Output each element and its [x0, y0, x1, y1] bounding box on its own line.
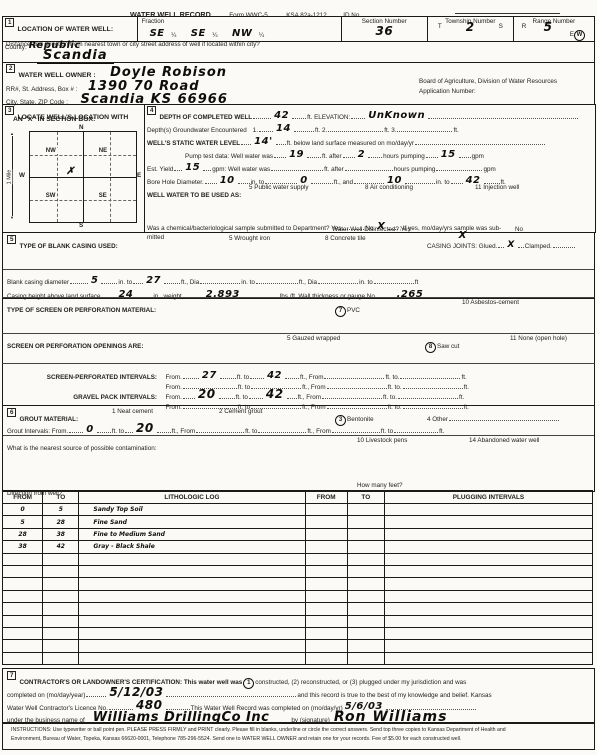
litho-from-cell: 38	[3, 541, 43, 553]
section-location: 1LOCATION OF WATER WELL: County:Republic…	[2, 16, 595, 42]
grout-interval-from: 0	[86, 424, 93, 435]
fraction-2-value: SE	[191, 28, 206, 39]
plug-interval-cell	[384, 603, 592, 615]
litho-to-cell	[43, 627, 79, 639]
plug-interval-cell	[384, 578, 592, 590]
grout-option-cement: 2 Cement grout	[219, 408, 262, 415]
section-2-number: 2	[6, 64, 15, 73]
litho-from-cell	[3, 553, 43, 565]
township-cell: Township Number T 2 S	[428, 17, 514, 41]
township-s-label: S	[499, 23, 503, 37]
casing-joints-glued-x: X	[507, 240, 514, 250]
plug-to-cell	[347, 541, 384, 553]
litho-row	[3, 627, 593, 639]
use-title: WELL WATER TO BE USED AS:	[147, 192, 241, 199]
opening-gauzed: 5 Gauzed wrapped	[287, 335, 340, 342]
location-title: LOCATION OF WATER WELL:	[17, 26, 113, 33]
fraction-1-value: SE	[150, 28, 165, 39]
plug-header-from: FROM	[305, 491, 347, 504]
plug-from-cell	[305, 578, 347, 590]
litho-to-cell: 42	[43, 541, 79, 553]
section-box-dash-v2	[110, 132, 111, 222]
plug-to-cell	[347, 504, 384, 516]
use-option-8: 8 Air conditioning	[365, 184, 413, 191]
plug-header-to: TO	[347, 491, 384, 504]
contamination-title: What is the nearest source of possible c…	[7, 445, 156, 452]
litho-to-cell	[43, 590, 79, 602]
litho-row	[3, 590, 593, 602]
plug-interval-cell	[384, 528, 592, 540]
litho-to-cell	[43, 565, 79, 577]
locate-title-2: AN "X" IN SECTION BOX:	[13, 116, 95, 123]
section-box-hmid	[30, 177, 136, 178]
section-locate: 3LOCATE WELL'S LOCATION WITH AN "X" IN S…	[2, 104, 145, 233]
plug-interval-cell	[384, 652, 592, 664]
screen-material-title: TYPE OF SCREEN OR PERFORATION MATERIAL:	[7, 307, 156, 314]
fraction-3-value: NW	[232, 28, 252, 39]
board-label: Board of Agriculture, Division of Water …	[419, 78, 557, 85]
litho-log-cell	[79, 640, 305, 652]
plug-from-cell	[305, 615, 347, 627]
plug-interval-cell	[384, 615, 592, 627]
section-well-depth: 4DEPTH OF COMPLETED WELL42ft. ELEVATION:…	[143, 104, 596, 233]
litho-from-cell	[3, 590, 43, 602]
screen-option-asbestos: 10 Asbestos-cement	[462, 299, 519, 306]
litho-header-to: TO	[43, 491, 79, 504]
litho-to-cell: 38	[43, 528, 79, 540]
lithologic-table: FROM TO LITHOLOGIC LOG FROM TO PLUGGING …	[2, 490, 593, 665]
distance-row: Distance and direction from nearest town…	[2, 40, 595, 63]
grout-divider	[3, 435, 594, 436]
litho-row: 2838Fine to Medium Sand	[3, 528, 593, 540]
section-1-number: 1	[5, 18, 14, 27]
casing-option-concrete-tile: 8 Concrete tile	[325, 235, 366, 242]
instructions-line-1: INSTRUCTIONS: Use typewriter or ball poi…	[11, 727, 590, 733]
instructions-footer: INSTRUCTIONS: Use typewriter or ball poi…	[2, 722, 595, 750]
plug-header-label: PLUGGING INTERVALS	[384, 491, 592, 504]
section-box-dash-h2	[30, 200, 136, 201]
quarter-symbol-3: ¼	[259, 32, 264, 39]
screen-option-pvc: PVC	[347, 307, 360, 314]
litho-to-cell	[43, 615, 79, 627]
plug-from-cell	[305, 528, 347, 540]
plug-to-cell	[347, 528, 384, 540]
how-many-feet-label: How many feet?	[357, 482, 403, 489]
grout-ftto-label: ft. to	[112, 428, 124, 435]
instructions-line-2: Environment, Bureau of Water, Topeka, Ka…	[11, 736, 590, 742]
contam-abandoned: 14 Abandoned water well	[469, 437, 539, 444]
litho-from-cell: 28	[3, 528, 43, 540]
plug-from-cell	[305, 590, 347, 602]
plug-from-cell	[305, 553, 347, 565]
section-casing: 5TYPE OF BLANK CASING USED: 5 Wrought ir…	[2, 232, 595, 299]
litho-from-cell	[3, 652, 43, 664]
litho-from-cell	[3, 565, 43, 577]
grout-ftto-3: ft. to	[381, 428, 393, 435]
plug-to-cell	[347, 578, 384, 590]
plug-from-cell	[305, 603, 347, 615]
plug-from-cell	[305, 541, 347, 553]
plug-from-cell	[305, 627, 347, 639]
litho-row	[3, 652, 593, 664]
plug-from-cell	[305, 504, 347, 516]
litho-row	[3, 578, 593, 590]
opening-sawcut-circled: 8	[425, 342, 436, 353]
one-mile-scale: ▲ ▼ 1 Mile	[10, 132, 14, 222]
contam-livestock: 10 Livestock pens	[357, 437, 407, 444]
section-certification: 7CONTRACTOR'S OR LANDOWNER'S CERTIFICATI…	[2, 668, 595, 724]
litho-log-cell: Gray - Black Shale	[79, 541, 305, 553]
grout-ftto-2: ft. to	[245, 428, 257, 435]
grout-interval-to: 20	[136, 421, 154, 435]
grout-intervals-label: Grout Intervals: From.	[7, 428, 68, 435]
litho-to-cell: 28	[43, 516, 79, 528]
litho-row	[3, 615, 593, 627]
openings-title: SCREEN OR PERFORATION OPENINGS ARE:	[7, 343, 143, 350]
litho-to-cell	[43, 578, 79, 590]
section-4-number: 4	[147, 106, 156, 115]
well-x-mark: ✗	[66, 166, 74, 177]
use-option-11: 11 Injection well	[475, 184, 519, 191]
location-title-cell: 1LOCATION OF WATER WELL: County:Republic	[3, 17, 138, 41]
plug-interval-cell	[384, 504, 592, 516]
township-t-label: T	[438, 23, 442, 37]
litho-log-cell	[79, 565, 305, 577]
section-box-dash-h1	[30, 155, 136, 156]
litho-from-cell	[3, 640, 43, 652]
litho-to-cell	[43, 553, 79, 565]
litho-to-cell	[43, 652, 79, 664]
application-number-label: Application Number:	[419, 88, 476, 95]
fraction-cell: Fraction SE ¼ SE ¼ NW ¼	[138, 17, 342, 41]
litho-log-cell: Fine to Medium Sand	[79, 528, 305, 540]
screen-pvc-circled: 7	[335, 306, 346, 317]
litho-row	[3, 640, 593, 652]
litho-header-from: FROM	[3, 491, 43, 504]
section-grout: 6GROUT MATERIAL: 1 Neat cement 2 Cement …	[2, 405, 595, 492]
plug-interval-cell	[384, 541, 592, 553]
section-5-number: 5	[7, 235, 16, 244]
section-box-dash-v1	[57, 132, 58, 222]
section-number-cell: Section Number 36	[342, 17, 428, 41]
grout-ftfrom-1: ft., From	[172, 428, 195, 435]
plug-to-cell	[347, 590, 384, 602]
litho-from-cell	[3, 615, 43, 627]
plug-interval-cell	[384, 640, 592, 652]
id-blank-line	[455, 13, 560, 14]
plug-from-cell	[305, 565, 347, 577]
grout-ft-end: ft.	[439, 428, 444, 435]
litho-row	[3, 603, 593, 615]
grout-ftfrom-2: ft., From	[307, 428, 330, 435]
plug-to-cell	[347, 640, 384, 652]
lithologic-table-wrap: FROM TO LITHOLOGIC LOG FROM TO PLUGGING …	[2, 490, 593, 665]
section-owner: 2WATER WELL OWNER : Doyle Robison RR#, S…	[2, 62, 595, 105]
plug-interval-cell	[384, 553, 592, 565]
litho-from-cell	[3, 603, 43, 615]
plug-to-cell	[347, 615, 384, 627]
plug-interval-cell	[384, 516, 592, 528]
casing-joints-glued-label: CASING JOINTS: Glued.	[427, 243, 497, 250]
litho-log-cell	[79, 553, 305, 565]
section-3-number: 3	[5, 106, 14, 115]
range-r-label: R	[522, 23, 527, 41]
range-value: 5	[544, 20, 553, 38]
plug-to-cell	[347, 516, 384, 528]
plug-to-cell	[347, 603, 384, 615]
one-mile-label: 1 Mile	[6, 170, 12, 185]
plug-interval-cell	[384, 627, 592, 639]
litho-from-cell	[3, 578, 43, 590]
compass-west-label: W	[19, 172, 25, 179]
casing-joints-clamped-label: Clamped.	[525, 243, 552, 250]
litho-from-cell: 0	[3, 504, 43, 516]
litho-row: 05Sandy Top Soil	[3, 504, 593, 516]
litho-log-cell	[79, 615, 305, 627]
opening-none: 11 None (open hole)	[510, 335, 567, 342]
plug-to-cell	[347, 565, 384, 577]
arrow-up-icon: ▲	[10, 132, 14, 136]
plug-from-cell	[305, 516, 347, 528]
litho-to-cell	[43, 640, 79, 652]
litho-header-row: FROM TO LITHOLOGIC LOG FROM TO PLUGGING …	[3, 491, 593, 504]
compass-east-label: E	[137, 172, 141, 179]
litho-to-cell: 5	[43, 504, 79, 516]
intervals-block: SCREEN-PERFORATED INTERVALS: From.27ft. …	[2, 363, 595, 406]
quadrant-se-label: SE	[97, 193, 109, 199]
litho-log-cell	[79, 603, 305, 615]
litho-log-cell	[79, 652, 305, 664]
litho-log-cell	[79, 578, 305, 590]
litho-row: 3842Gray - Black Shale	[3, 541, 593, 553]
section-6-number: 6	[7, 408, 16, 417]
litho-header-log: LITHOLOGIC LOG	[79, 491, 305, 504]
plug-to-cell	[347, 627, 384, 639]
range-cell: Range Number R 5 EW	[514, 17, 594, 41]
compass-south-label: S	[79, 222, 83, 229]
section-box-diagram: NW NE SW SE ✗	[29, 131, 137, 223]
quadrant-sw-label: SW	[44, 193, 58, 199]
plug-to-cell	[347, 652, 384, 664]
litho-log-cell: Fine Sand	[79, 516, 305, 528]
casing-divider	[3, 269, 594, 270]
quarter-symbol-2: ¼	[212, 32, 217, 39]
litho-from-cell	[3, 627, 43, 639]
quarter-symbol-1: ¼	[171, 32, 176, 39]
plug-to-cell	[347, 553, 384, 565]
grout-option-neat: 1 Neat cement	[112, 408, 153, 415]
casing-title: TYPE OF BLANK CASING USED:	[19, 243, 117, 250]
litho-row: 528Fine Sand	[3, 516, 593, 528]
litho-log-cell	[79, 590, 305, 602]
arrow-down-icon: ▼	[10, 216, 14, 220]
water-well-record-form: WATER WELL RECORD Form WWC-5 KSA 82a-121…	[0, 0, 597, 755]
plug-from-cell	[305, 652, 347, 664]
quadrant-ne-label: NE	[97, 148, 109, 154]
litho-row	[3, 565, 593, 577]
quadrant-nw-label: NW	[44, 148, 58, 154]
litho-log-cell: Sandy Top Soil	[79, 504, 305, 516]
plug-from-cell	[305, 640, 347, 652]
township-value: 2	[466, 20, 475, 34]
section-number-value: 36	[375, 24, 393, 38]
plug-interval-cell	[384, 565, 592, 577]
litho-from-cell: 5	[3, 516, 43, 528]
opening-sawcut: Saw cut	[437, 343, 459, 350]
litho-log-cell	[79, 627, 305, 639]
casing-option-wrought-iron: 5 Wrought iron	[229, 235, 270, 242]
screen-openings-block: SCREEN OR PERFORATION OPENINGS ARE: 5 Ga…	[2, 333, 595, 364]
plug-interval-cell	[384, 590, 592, 602]
litho-to-cell	[43, 603, 79, 615]
screen-material-block: TYPE OF SCREEN OR PERFORATION MATERIAL: …	[2, 297, 595, 334]
litho-row	[3, 553, 593, 565]
section-7-number: 7	[7, 671, 16, 680]
use-option-5: 5 Public water supply	[249, 184, 309, 191]
